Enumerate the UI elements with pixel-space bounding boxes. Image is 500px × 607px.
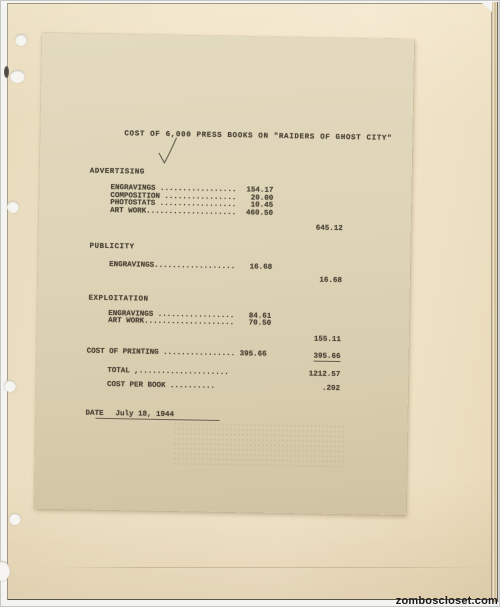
punch-hole — [7, 201, 19, 213]
exploitation-subtotal: 155.11 — [291, 335, 341, 344]
clipped-corner — [480, 3, 492, 12]
section-heading-publicity: PUBLICITY — [89, 243, 134, 252]
punch-hole — [4, 380, 16, 392]
section-heading-advertising: ADVERTISING — [90, 168, 145, 177]
scanned-document: COST OF 6,000 PRESS BOOKS ON "RAIDERS OF… — [0, 0, 500, 607]
date-value: July 18, 1944 — [115, 410, 174, 419]
grand-total: 1212.57 — [290, 370, 340, 379]
publicity-subtotal: 16.68 — [292, 276, 342, 285]
cost-sheet: COST OF 6,000 PRESS BOOKS ON "RAIDERS OF… — [34, 33, 414, 515]
punch-hole — [9, 513, 21, 525]
line-item-amount: 460.50 — [233, 209, 273, 218]
section-heading-exploitation: EXPLOITATION — [88, 295, 148, 304]
pencil-check-mark-icon — [157, 137, 179, 165]
total-label: TOTAL ,.................... — [107, 366, 229, 376]
date-underline — [95, 418, 219, 421]
cost-per-book-value: .202 — [290, 384, 340, 393]
underlined-total: 395.66 — [313, 352, 340, 362]
line-item-label: ART WORK.................... — [108, 317, 234, 327]
punch-hole — [15, 34, 27, 46]
line-item-amount: 70.50 — [231, 319, 271, 328]
cost-of-printing-amount: 395.66 — [227, 350, 267, 359]
cost-of-printing-total: 395.66 — [291, 352, 341, 361]
advertising-subtotal: 645.12 — [293, 224, 343, 233]
page-stack-edges — [492, 2, 499, 602]
date-label: DATE — [85, 409, 103, 417]
watermark-text: zomboscloset.com — [396, 595, 498, 607]
line-item-label: ART WORK.................... — [110, 207, 236, 217]
paper-crease — [60, 567, 480, 568]
ink-smudge — [4, 66, 9, 78]
cost-per-book-label: COST PER BOOK .......... — [107, 380, 215, 390]
line-item-label: ENGRAVINGS.................. — [109, 260, 235, 270]
punch-hole — [10, 70, 25, 83]
typewriter-bleed-through — [173, 421, 346, 468]
cost-of-printing-label: COST OF PRINTING ................ — [87, 348, 236, 359]
line-item-amount: 16.68 — [232, 263, 272, 272]
